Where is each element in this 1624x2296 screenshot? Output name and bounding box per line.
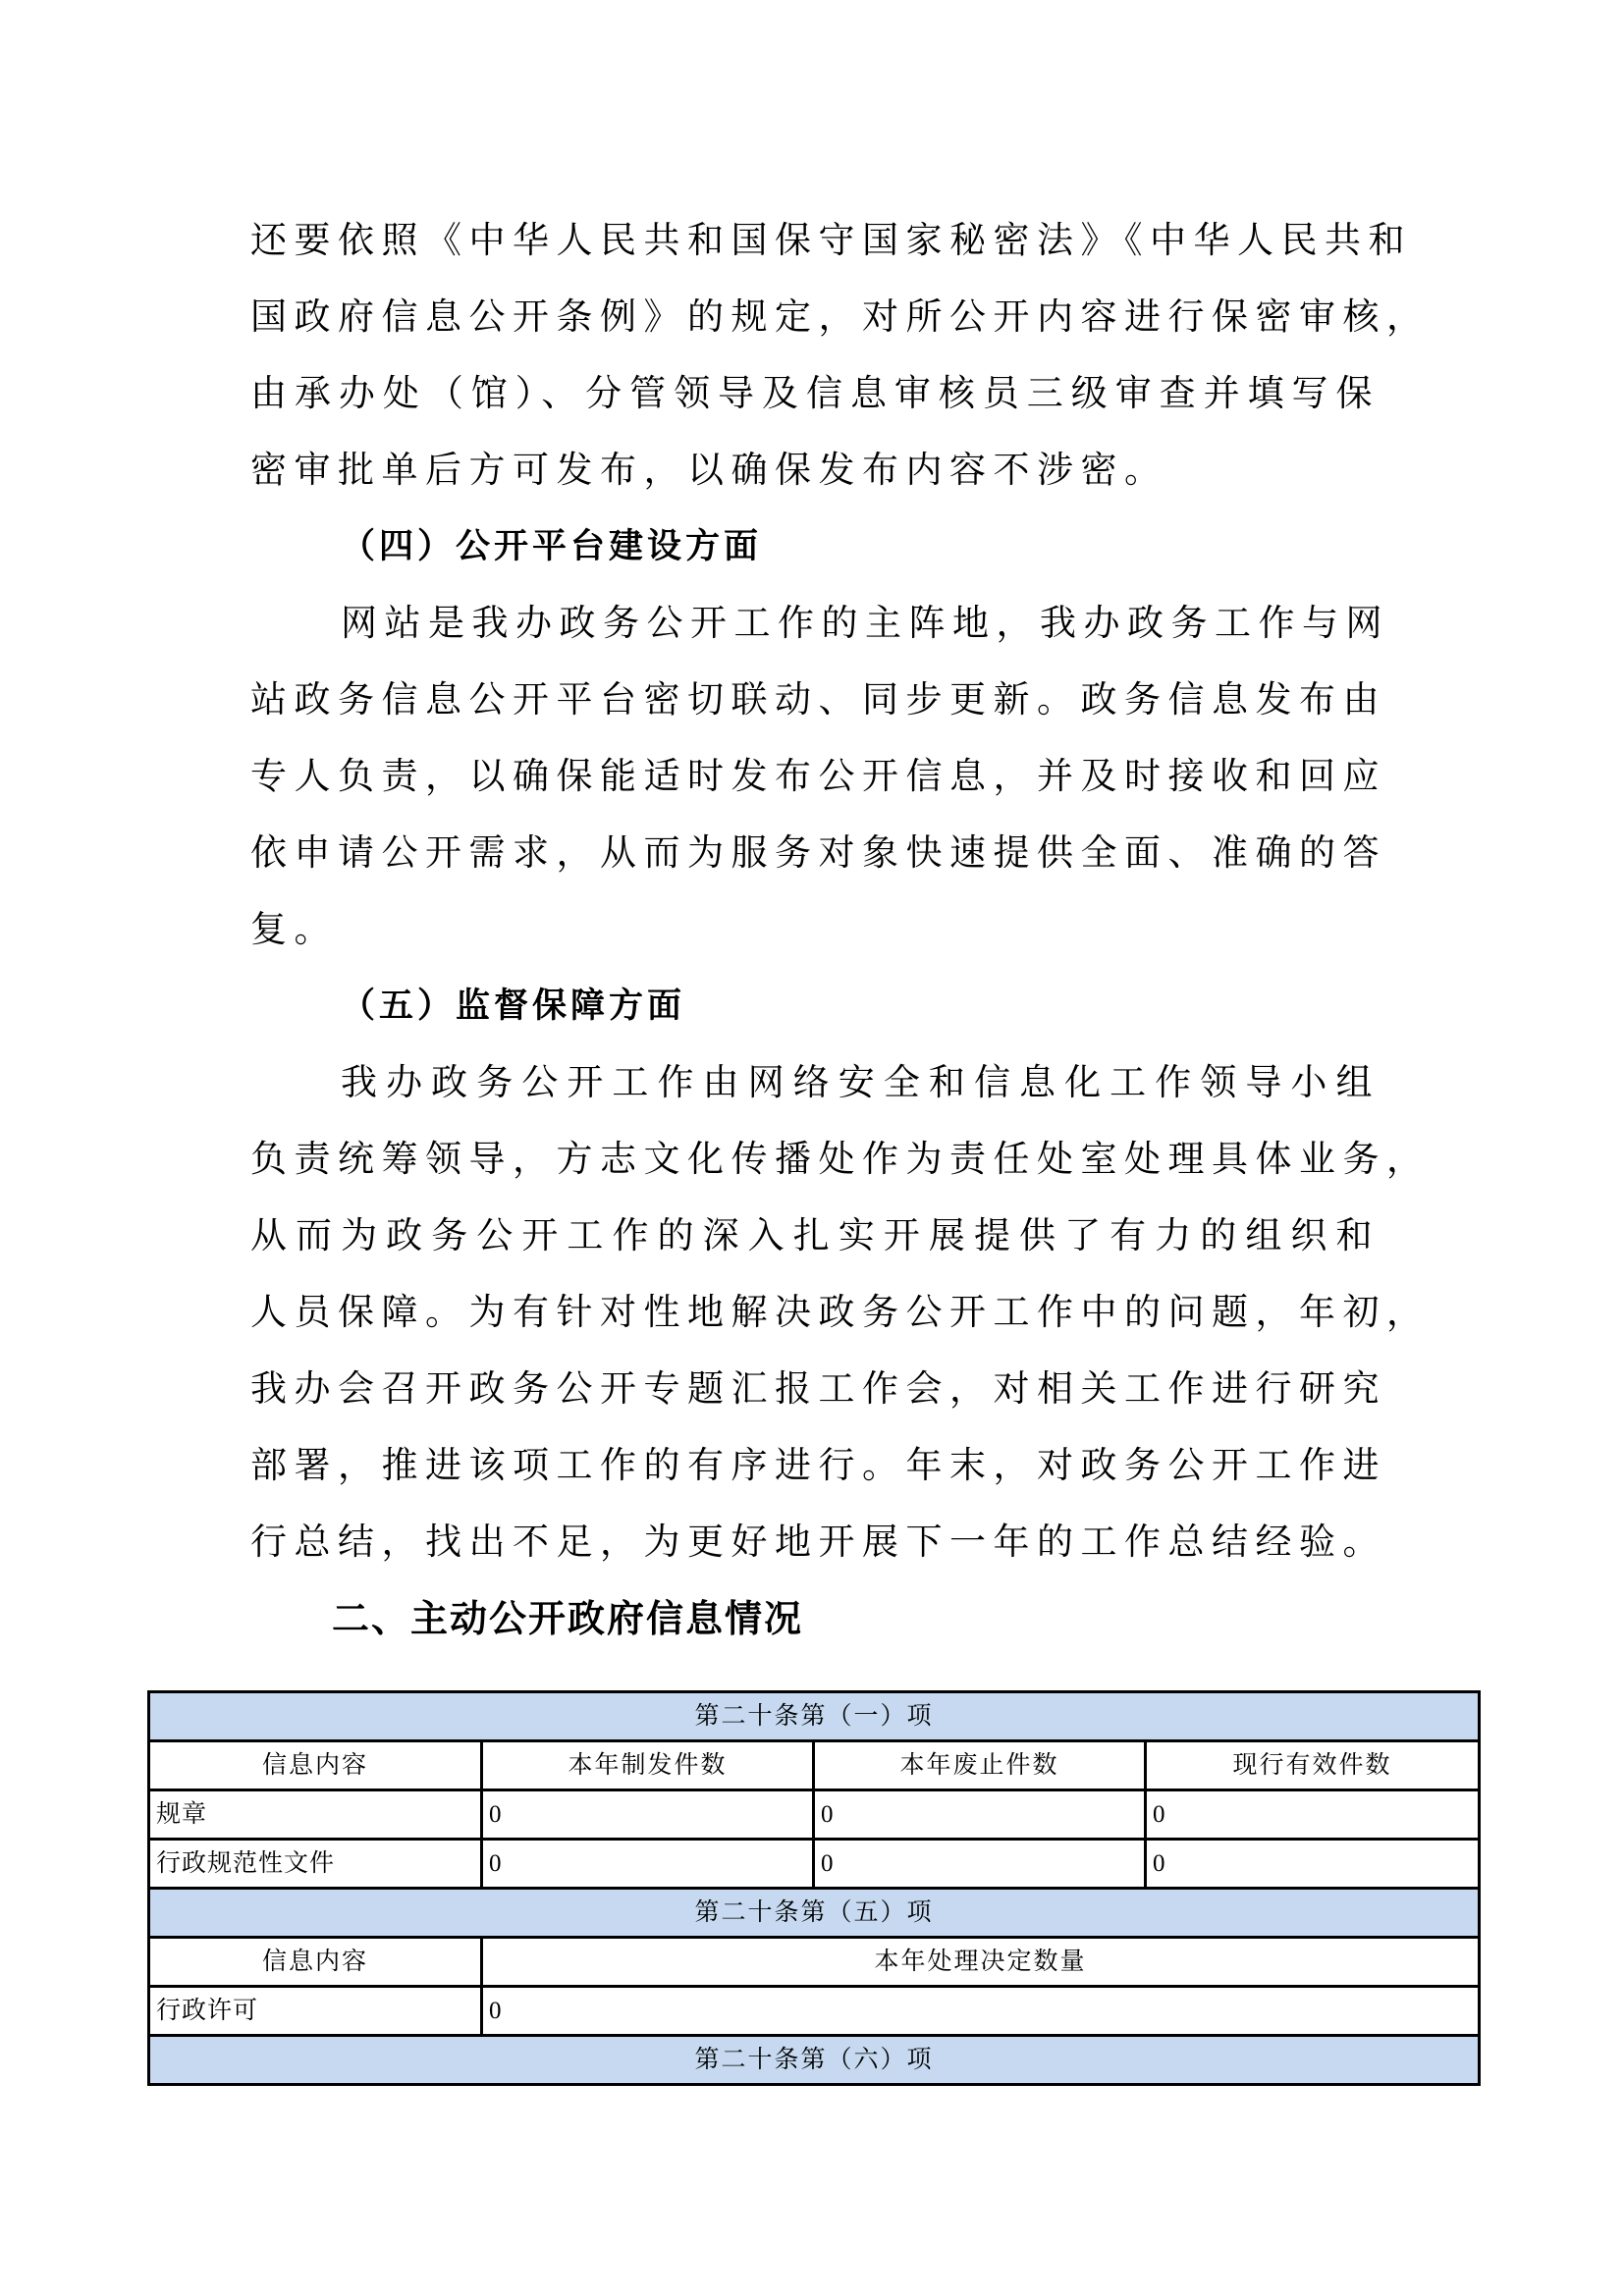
table-band-row: 第二十条第（一）项 xyxy=(149,1692,1480,1741)
text-line: 专人负责，以确保能适时发布公开信息，并及时接收和回应 xyxy=(250,738,1380,815)
cell-value: 0 xyxy=(1146,1790,1480,1840)
text-line: 行总结，找出不足，为更好地开展下一年的工作总结经验。 xyxy=(250,1504,1380,1580)
article-5-title: 第二十条第（五）项 xyxy=(149,1889,1480,1938)
document-page: 还要依照《中华人民共和国保守国家秘密法》《中华人民共和 国政府信息公开条例》的规… xyxy=(0,0,1624,2296)
table-header-row: 信息内容 本年制发件数 本年废止件数 现行有效件数 xyxy=(149,1741,1480,1790)
column-header: 本年处理决定数量 xyxy=(482,1938,1480,1987)
text-line: 负责统筹领导，方志文化传播处作为责任处室处理具体业务， xyxy=(250,1121,1380,1198)
section-heading-proactive-disclosure: 二、主动公开政府信息情况 xyxy=(250,1580,1380,1657)
subheading-platform: （四）公开平台建设方面 xyxy=(250,508,1380,585)
cell-value: 0 xyxy=(482,1987,1480,2036)
text-line: 从而为政务公开工作的深入扎实开展提供了有力的组织和 xyxy=(250,1198,1380,1274)
cell-value: 0 xyxy=(482,1790,814,1840)
text-line: 我办政务公开工作由网络安全和信息化工作领导小组 xyxy=(250,1044,1380,1121)
article-1-title: 第二十条第（一）项 xyxy=(149,1692,1480,1741)
text-line: 还要依照《中华人民共和国保守国家秘密法》《中华人民共和 xyxy=(250,202,1380,279)
row-label: 行政规范性文件 xyxy=(149,1840,482,1889)
table-band-row: 第二十条第（六）项 xyxy=(149,2036,1480,2085)
column-header: 信息内容 xyxy=(149,1938,482,1987)
row-label: 规章 xyxy=(149,1790,482,1840)
text-line: 站政务信息公开平台密切联动、同步更新。政务信息发布由 xyxy=(250,662,1380,738)
paragraph-platform: 网站是我办政务公开工作的主阵地，我办政务工作与网 站政务信息公开平台密切联动、同… xyxy=(250,585,1380,968)
text-line: 我办会召开政务公开专题汇报工作会，对相关工作进行研究 xyxy=(250,1351,1380,1427)
text-line: 依申请公开需求，从而为服务对象快速提供全面、准确的答 xyxy=(250,815,1380,891)
paragraph-supervision: 我办政务公开工作由网络安全和信息化工作领导小组 负责统筹领导，方志文化传播处作为… xyxy=(250,1044,1380,1580)
text-line: 网站是我办政务公开工作的主阵地，我办政务工作与网 xyxy=(250,585,1380,662)
column-header: 现行有效件数 xyxy=(1146,1741,1480,1790)
cell-value: 0 xyxy=(814,1840,1146,1889)
column-header: 信息内容 xyxy=(149,1741,482,1790)
paragraph-secrecy-review: 还要依照《中华人民共和国保守国家秘密法》《中华人民共和 国政府信息公开条例》的规… xyxy=(250,202,1380,508)
cell-value: 0 xyxy=(814,1790,1146,1840)
table-row: 行政规范性文件 0 0 0 xyxy=(149,1840,1480,1889)
cell-value: 0 xyxy=(1146,1840,1480,1889)
body-text: 还要依照《中华人民共和国保守国家秘密法》《中华人民共和 国政府信息公开条例》的规… xyxy=(250,202,1380,1657)
text-line: 密审批单后方可发布，以确保发布内容不涉密。 xyxy=(250,432,1380,508)
table-row: 规章 0 0 0 xyxy=(149,1790,1480,1840)
disclosure-table: 第二十条第（一）项 信息内容 本年制发件数 本年废止件数 现行有效件数 规章 0… xyxy=(147,1690,1481,2086)
text-line: 由承办处（馆）、分管领导及信息审核员三级审查并填写保 xyxy=(250,355,1380,432)
row-label: 行政许可 xyxy=(149,1987,482,2036)
column-header: 本年制发件数 xyxy=(482,1741,814,1790)
cell-value: 0 xyxy=(482,1840,814,1889)
table-band-row: 第二十条第（五）项 xyxy=(149,1889,1480,1938)
text-line: 复。 xyxy=(250,891,1380,968)
column-header: 本年废止件数 xyxy=(814,1741,1146,1790)
article-6-title: 第二十条第（六）项 xyxy=(149,2036,1480,2085)
text-line: 国政府信息公开条例》的规定，对所公开内容进行保密审核， xyxy=(250,279,1380,355)
text-line: 部署，推进该项工作的有序进行。年末，对政务公开工作进 xyxy=(250,1427,1380,1504)
subheading-supervision: （五）监督保障方面 xyxy=(250,968,1380,1044)
table-header-row: 信息内容 本年处理决定数量 xyxy=(149,1938,1480,1987)
table-row: 行政许可 0 xyxy=(149,1987,1480,2036)
text-line: 人员保障。为有针对性地解决政务公开工作中的问题，年初， xyxy=(250,1274,1380,1351)
